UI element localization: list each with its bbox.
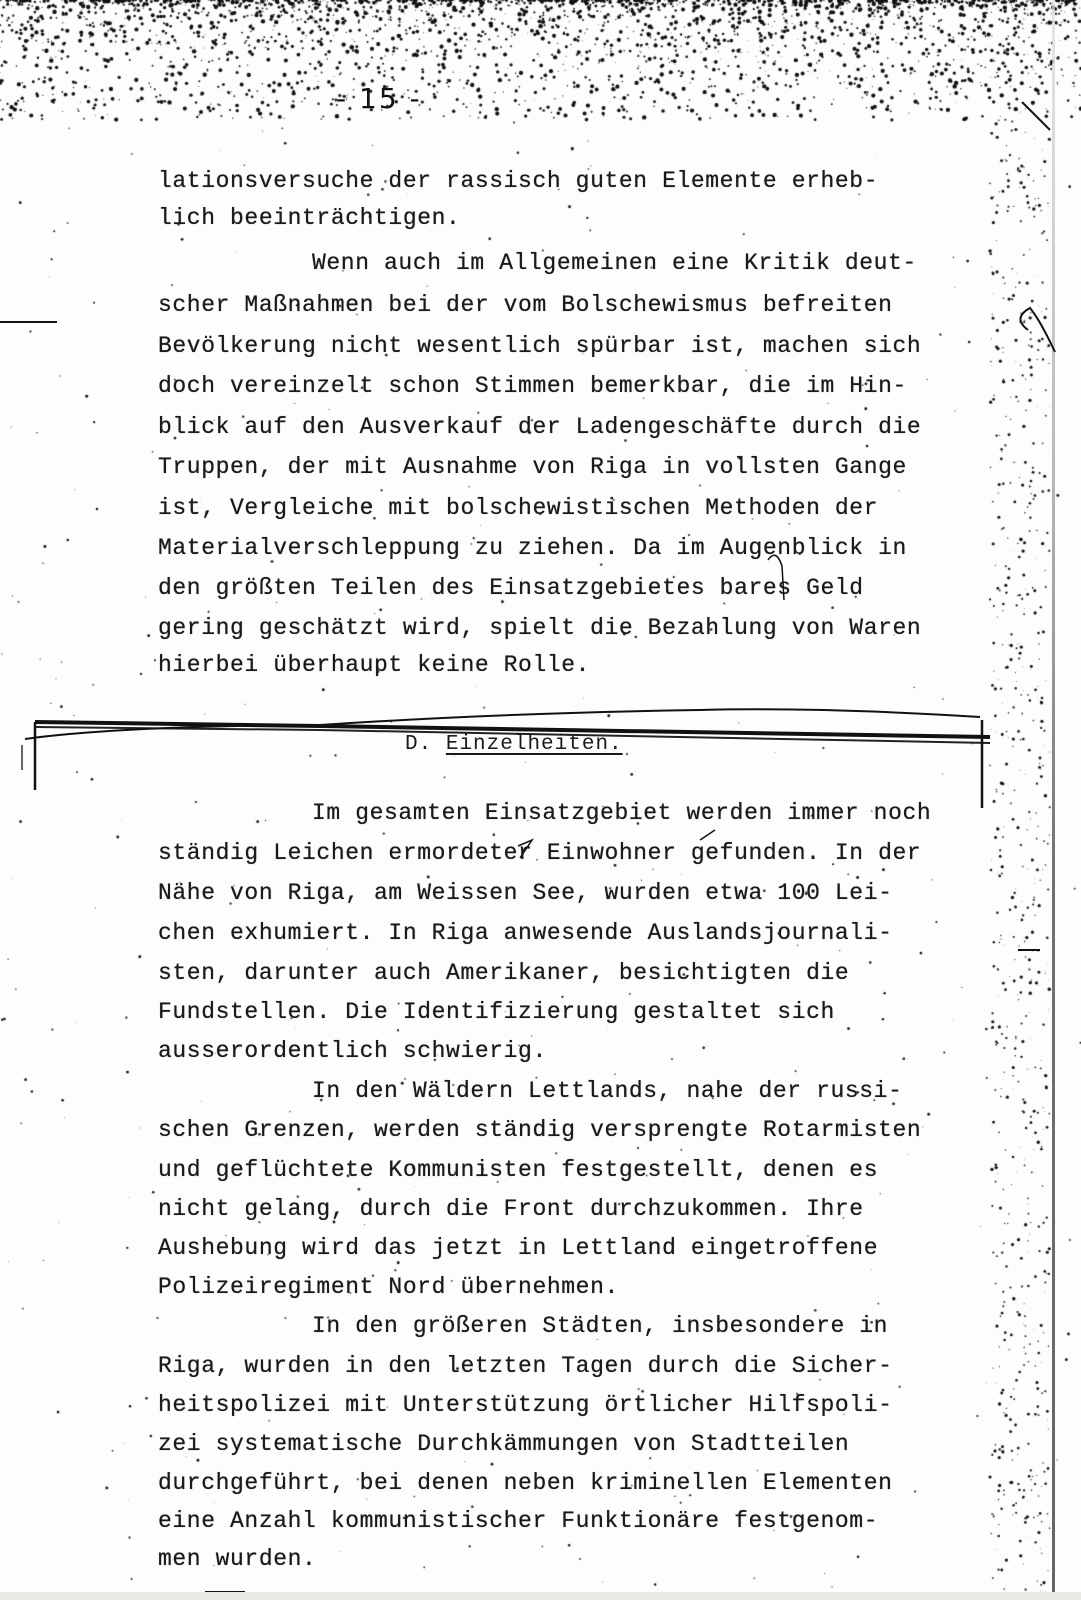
text-line: Fundstellen. Die Identifizierung gestalt… — [158, 999, 835, 1025]
text-line: sten, darunter auch Amerikaner, besichti… — [158, 960, 849, 986]
text-line: chen exhumiert. In Riga anwesende Auslan… — [158, 920, 893, 946]
text-line: nicht gelang, durch die Front durchzukom… — [158, 1196, 864, 1222]
text-line: In den Wäldern Lettlands, nahe der russi… — [312, 1078, 903, 1104]
text-line: men wurden. — [158, 1546, 316, 1572]
text-line: Aushebung wird das jetzt in Lettland ein… — [158, 1235, 878, 1261]
text-line: zei systematische Durchkämmungen von Sta… — [158, 1431, 849, 1457]
text-line: heitspolizei mit Unterstützung örtlicher… — [158, 1392, 893, 1418]
text-line: Im gesamten Einsatzgebiet werden immer n… — [312, 800, 931, 826]
text-line: Riga, wurden in den letzten Tagen durch … — [158, 1353, 893, 1379]
text-line: In den größeren Städten, insbesondere in — [312, 1313, 888, 1339]
text-line: ausserordentlich schwierig. — [158, 1038, 547, 1064]
section-letter: D. — [405, 733, 432, 756]
text-line: eine Anzahl kommunistischer Funktionäre … — [158, 1508, 878, 1534]
text-line: durchgeführt, bei denen neben kriminelle… — [158, 1470, 893, 1496]
text-line: und geflüchtete Kommunisten festgestellt… — [158, 1157, 878, 1183]
text-line: Polizeiregiment Nord übernehmen. — [158, 1274, 619, 1300]
scan-bottom-edge — [0, 1592, 1081, 1600]
scanned-document-page: - 15 - lationsversuche der rassisch gute… — [0, 0, 1081, 1600]
text-line: Nähe von Riga, am Weissen See, wurden et… — [158, 880, 893, 906]
text-line: ständig Leichen ermordeter Einwohner gef… — [158, 840, 921, 866]
section-heading: D. Einzelheiten. — [405, 733, 623, 756]
section-title: Einzelheiten. — [446, 733, 623, 756]
text-line: schen Grenzen, werden ständig versprengt… — [158, 1117, 921, 1143]
